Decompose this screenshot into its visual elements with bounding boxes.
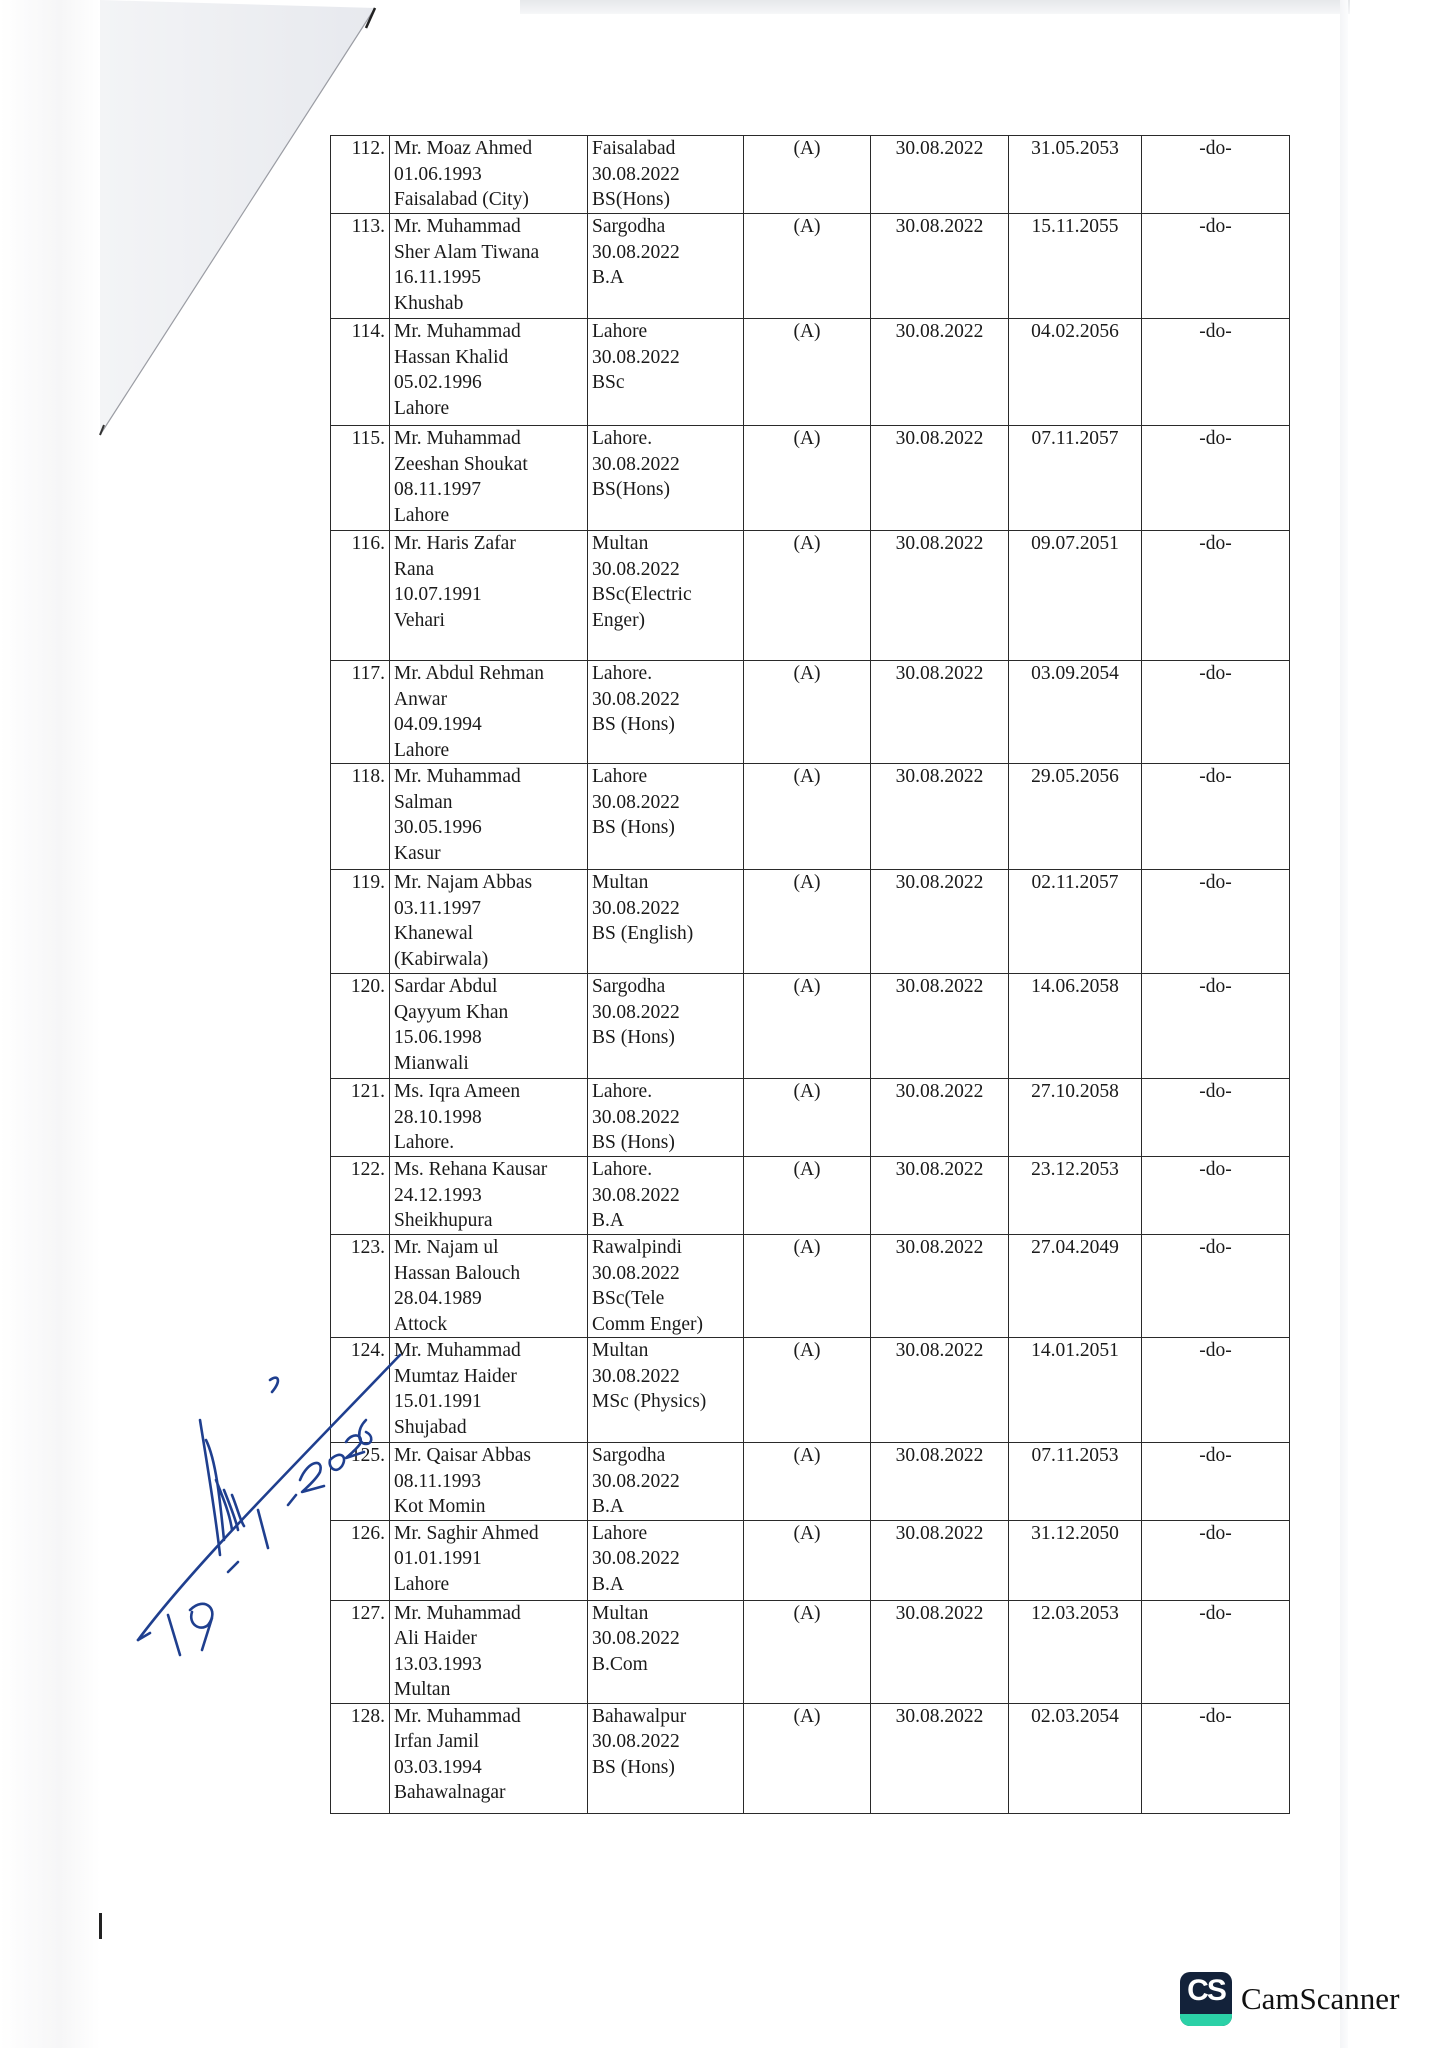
camscanner-watermark: CS CamScanner: [1180, 1972, 1399, 2026]
posting-line: 30.08.2022: [592, 1105, 739, 1131]
posting-line: 30.08.2022: [592, 1729, 739, 1755]
joining-date-cell: 30.08.2022: [871, 870, 1009, 974]
posting-line: 30.08.2022: [592, 240, 739, 266]
posting-qualification-cell: Multan30.08.2022MSc (Physics): [588, 1338, 744, 1443]
posting-qualification-cell: Multan30.08.2022BSc(ElectricEnger): [588, 531, 744, 661]
category-cell: (A): [744, 661, 871, 764]
remarks-cell: -do-: [1142, 214, 1290, 319]
posting-line: 30.08.2022: [592, 1626, 739, 1652]
remarks-cell: -do-: [1142, 661, 1290, 764]
posting-line: BS (Hons): [592, 1755, 739, 1781]
posting-line: Sargodha: [592, 974, 739, 1000]
retirement-date-cell: 29.05.2056: [1009, 764, 1142, 870]
posting-line: 30.08.2022: [592, 790, 739, 816]
name-line: Kasur: [394, 841, 583, 867]
category-cell: (A): [744, 531, 871, 661]
camscanner-label: CamScanner: [1241, 1981, 1399, 2017]
joining-date-cell: 30.08.2022: [871, 319, 1009, 426]
table-row: 118. Mr. MuhammadSalman30.05.1996Kasur L…: [331, 764, 1290, 870]
retirement-date-cell: 27.10.2058: [1009, 1079, 1142, 1157]
name-line: 30.05.1996: [394, 815, 583, 841]
posting-qualification-cell: Multan30.08.2022B.Com: [588, 1600, 744, 1703]
remarks-cell: -do-: [1142, 1703, 1290, 1813]
remarks-cell: -do-: [1142, 974, 1290, 1079]
posting-qualification-cell: Lahore30.08.2022B.A: [588, 1520, 744, 1600]
posting-qualification-cell: Rawalpindi30.08.2022BSc(TeleComm Enger): [588, 1235, 744, 1338]
posting-line: 30.08.2022: [592, 1000, 739, 1026]
posting-line: BS (Hons): [592, 712, 739, 738]
joining-date-cell: 30.08.2022: [871, 1703, 1009, 1813]
posting-line: Multan: [592, 870, 739, 896]
remarks-cell: -do-: [1142, 426, 1290, 531]
posting-line: 30.08.2022: [592, 687, 739, 713]
posting-line: Lahore.: [592, 426, 739, 452]
posting-qualification-cell: Lahore.30.08.2022BS(Hons): [588, 426, 744, 531]
remarks-cell: -do-: [1142, 1600, 1290, 1703]
posting-line: Lahore: [592, 1521, 739, 1547]
name-dob-domicile-cell: Mr. Najam Abbas03.11.1997Khanewal(Kabirw…: [390, 870, 588, 974]
name-line: Salman: [394, 790, 583, 816]
posting-line: Enger): [592, 608, 739, 634]
remarks-cell: -do-: [1142, 764, 1290, 870]
category-cell: (A): [744, 1157, 871, 1235]
category-cell: (A): [744, 1703, 871, 1813]
posting-line: BS (Hons): [592, 815, 739, 841]
posting-qualification-cell: Multan30.08.2022BS (English): [588, 870, 744, 974]
name-line: 01.06.1993: [394, 162, 583, 188]
remarks-cell: -do-: [1142, 1157, 1290, 1235]
name-line: Mr. Najam ul: [394, 1235, 583, 1261]
posting-line: 30.08.2022: [592, 557, 739, 583]
name-line: Mr. Abdul Rehman: [394, 661, 583, 687]
name-line: Mr. Muhammad: [394, 764, 583, 790]
retirement-date-cell: 02.11.2057: [1009, 870, 1142, 974]
retirement-date-cell: 31.05.2053: [1009, 136, 1142, 214]
joining-date-cell: 30.08.2022: [871, 531, 1009, 661]
category-cell: (A): [744, 319, 871, 426]
category-cell: (A): [744, 1600, 871, 1703]
posting-line: Lahore: [592, 319, 739, 345]
remarks-cell: -do-: [1142, 531, 1290, 661]
name-line: Mr. Muhammad: [394, 214, 583, 240]
posting-line: 30.08.2022: [592, 345, 739, 371]
serial-number: 119.: [331, 870, 390, 974]
table-row: 116. Mr. Haris ZafarRana10.07.1991Vehari…: [331, 531, 1290, 661]
name-dob-domicile-cell: Sardar AbdulQayyum Khan15.06.1998Mianwal…: [390, 974, 588, 1079]
table-row: 120. Sardar AbdulQayyum Khan15.06.1998Mi…: [331, 974, 1290, 1079]
category-cell: (A): [744, 426, 871, 531]
name-line: Mr. Muhammad: [394, 319, 583, 345]
name-line: Ms. Iqra Ameen: [394, 1079, 583, 1105]
posting-line: Multan: [592, 1338, 739, 1364]
name-line: Lahore: [394, 738, 583, 764]
name-line: 05.02.1996: [394, 370, 583, 396]
posting-line: 30.08.2022: [592, 1469, 739, 1495]
joining-date-cell: 30.08.2022: [871, 1157, 1009, 1235]
joining-date-cell: 30.08.2022: [871, 426, 1009, 531]
retirement-date-cell: 12.03.2053: [1009, 1600, 1142, 1703]
serial-number: 112.: [331, 136, 390, 214]
posting-qualification-cell: Lahore.30.08.2022BS (Hons): [588, 1079, 744, 1157]
name-line: Mr. Muhammad: [394, 426, 583, 452]
name-dob-domicile-cell: Mr. Moaz Ahmed01.06.1993Faisalabad (City…: [390, 136, 588, 214]
name-dob-domicile-cell: Ms. Iqra Ameen28.10.1998Lahore.: [390, 1079, 588, 1157]
name-line: 28.10.1998: [394, 1105, 583, 1131]
name-line: Mr. Moaz Ahmed: [394, 136, 583, 162]
posting-line: 30.08.2022: [592, 452, 739, 478]
posting-line: 30.08.2022: [592, 162, 739, 188]
posting-line: BSc(Tele: [592, 1286, 739, 1312]
table-row: 126. Mr. Saghir Ahmed01.01.1991Lahore La…: [331, 1520, 1290, 1600]
posting-line: 30.08.2022: [592, 1183, 739, 1209]
name-line: Lahore: [394, 396, 583, 422]
posting-line: Lahore: [592, 764, 739, 790]
posting-line: 30.08.2022: [592, 1261, 739, 1287]
table-row: 113. Mr. MuhammadSher Alam Tiwana16.11.1…: [331, 214, 1290, 319]
category-cell: (A): [744, 214, 871, 319]
posting-line: B.A: [592, 1208, 739, 1234]
name-line: 10.07.1991: [394, 582, 583, 608]
name-dob-domicile-cell: Mr. Haris ZafarRana10.07.1991Vehari: [390, 531, 588, 661]
table-row: 112. Mr. Moaz Ahmed01.06.1993Faisalabad …: [331, 136, 1290, 214]
retirement-date-cell: 09.07.2051: [1009, 531, 1142, 661]
name-line: 28.04.1989: [394, 1286, 583, 1312]
posting-qualification-cell: Bahawalpur30.08.2022BS (Hons): [588, 1703, 744, 1813]
joining-date-cell: 30.08.2022: [871, 1338, 1009, 1443]
scan-artifact-mark: [99, 1913, 102, 1939]
serial-number: 113.: [331, 214, 390, 319]
posting-line: BS (Hons): [592, 1130, 739, 1156]
serial-number: 122.: [331, 1157, 390, 1235]
posting-line: B.Com: [592, 1652, 739, 1678]
table-row: 114. Mr. MuhammadHassan Khalid05.02.1996…: [331, 319, 1290, 426]
name-line: 16.11.1995: [394, 265, 583, 291]
category-cell: (A): [744, 870, 871, 974]
serial-number: 123.: [331, 1235, 390, 1338]
name-line: Qayyum Khan: [394, 1000, 583, 1026]
name-line: 03.03.1994: [394, 1755, 583, 1781]
remarks-cell: -do-: [1142, 319, 1290, 426]
name-line: Khanewal: [394, 921, 583, 947]
serial-number: 117.: [331, 661, 390, 764]
appointment-register-table: 112. Mr. Moaz Ahmed01.06.1993Faisalabad …: [330, 135, 1290, 1814]
name-dob-domicile-cell: Mr. MuhammadSalman30.05.1996Kasur: [390, 764, 588, 870]
camscanner-logo-icon: CS: [1180, 1972, 1232, 2026]
posting-line: BSc: [592, 370, 739, 396]
joining-date-cell: 30.08.2022: [871, 1520, 1009, 1600]
name-dob-domicile-cell: Mr. MuhammadHassan Khalid05.02.1996Lahor…: [390, 319, 588, 426]
name-dob-domicile-cell: Mr. Abdul RehmanAnwar04.09.1994Lahore: [390, 661, 588, 764]
name-line: Faisalabad (City): [394, 187, 583, 213]
category-cell: (A): [744, 1338, 871, 1443]
joining-date-cell: 30.08.2022: [871, 136, 1009, 214]
posting-line: BS(Hons): [592, 477, 739, 503]
remarks-cell: -do-: [1142, 136, 1290, 214]
serial-number: 120.: [331, 974, 390, 1079]
category-cell: (A): [744, 974, 871, 1079]
name-line: Hassan Balouch: [394, 1261, 583, 1287]
category-cell: (A): [744, 764, 871, 870]
name-line: 03.11.1997: [394, 896, 583, 922]
category-cell: (A): [744, 136, 871, 214]
posting-line: 30.08.2022: [592, 1364, 739, 1390]
table-row: 125. Mr. Qaisar Abbas08.11.1993Kot Momin…: [331, 1443, 1290, 1521]
posting-line: Multan: [592, 531, 739, 557]
name-line: 24.12.1993: [394, 1183, 583, 1209]
name-line: Rana: [394, 557, 583, 583]
name-dob-domicile-cell: Mr. MuhammadZeeshan Shoukat08.11.1997Lah…: [390, 426, 588, 531]
posting-line: 30.08.2022: [592, 896, 739, 922]
retirement-date-cell: 02.03.2054: [1009, 1703, 1142, 1813]
posting-line: Faisalabad: [592, 136, 739, 162]
scan-edge-top: [520, 0, 1350, 14]
posting-line: B.A: [592, 1494, 739, 1520]
joining-date-cell: 30.08.2022: [871, 764, 1009, 870]
name-line: Khushab: [394, 291, 583, 317]
name-line: Mianwali: [394, 1051, 583, 1077]
posting-qualification-cell: Lahore30.08.2022BSc: [588, 319, 744, 426]
retirement-date-cell: 27.04.2049: [1009, 1235, 1142, 1338]
remarks-cell: -do-: [1142, 1338, 1290, 1443]
posting-line: Sargodha: [592, 214, 739, 240]
joining-date-cell: 30.08.2022: [871, 1079, 1009, 1157]
name-line: Mr. Najam Abbas: [394, 870, 583, 896]
posting-line: Sargodha: [592, 1443, 739, 1469]
posting-line: Multan: [592, 1601, 739, 1627]
retirement-date-cell: 23.12.2053: [1009, 1157, 1142, 1235]
posting-line: Rawalpindi: [592, 1235, 739, 1261]
posting-qualification-cell: Lahore30.08.2022BS (Hons): [588, 764, 744, 870]
name-dob-domicile-cell: Ms. Rehana Kausar24.12.1993Sheikhupura: [390, 1157, 588, 1235]
retirement-date-cell: 04.02.2056: [1009, 319, 1142, 426]
category-cell: (A): [744, 1443, 871, 1521]
retirement-date-cell: 07.11.2057: [1009, 426, 1142, 531]
joining-date-cell: 30.08.2022: [871, 1235, 1009, 1338]
retirement-date-cell: 14.01.2051: [1009, 1338, 1142, 1443]
table-row: 123. Mr. Najam ulHassan Balouch28.04.198…: [331, 1235, 1290, 1338]
posting-line: Lahore.: [592, 1079, 739, 1105]
name-line: Ms. Rehana Kausar: [394, 1157, 583, 1183]
scan-edge-right: [1340, 0, 1348, 2048]
serial-number: 114.: [331, 319, 390, 426]
name-line: Lahore: [394, 503, 583, 529]
remarks-cell: -do-: [1142, 1235, 1290, 1338]
table-row: 117. Mr. Abdul RehmanAnwar04.09.1994Laho…: [331, 661, 1290, 764]
category-cell: (A): [744, 1079, 871, 1157]
name-line: Attock: [394, 1312, 583, 1338]
retirement-date-cell: 15.11.2055: [1009, 214, 1142, 319]
serial-number: 115.: [331, 426, 390, 531]
table-row: 122. Ms. Rehana Kausar24.12.1993Sheikhup…: [331, 1157, 1290, 1235]
name-line: (Kabirwala): [394, 947, 583, 973]
name-line: Anwar: [394, 687, 583, 713]
posting-line: 30.08.2022: [592, 1546, 739, 1572]
posting-line: BSc(Electric: [592, 582, 739, 608]
table-row: 127. Mr. MuhammadAli Haider13.03.1993Mul…: [331, 1600, 1290, 1703]
table-row: 128. Mr. MuhammadIrfan Jamil03.03.1994Ba…: [331, 1703, 1290, 1813]
posting-qualification-cell: Sargodha30.08.2022BS (Hons): [588, 974, 744, 1079]
name-line: Irfan Jamil: [394, 1729, 583, 1755]
name-line: Bahawalnagar: [394, 1780, 583, 1806]
serial-number: 121.: [331, 1079, 390, 1157]
table-row: 121. Ms. Iqra Ameen28.10.1998Lahore. Lah…: [331, 1079, 1290, 1157]
joining-date-cell: 30.08.2022: [871, 1443, 1009, 1521]
table-row: 115. Mr. MuhammadZeeshan Shoukat08.11.19…: [331, 426, 1290, 531]
name-dob-domicile-cell: Mr. MuhammadSher Alam Tiwana16.11.1995Kh…: [390, 214, 588, 319]
remarks-cell: -do-: [1142, 1520, 1290, 1600]
posting-line: BS (English): [592, 921, 739, 947]
posting-qualification-cell: Faisalabad30.08.2022BS(Hons): [588, 136, 744, 214]
name-line: 15.06.1998: [394, 1025, 583, 1051]
joining-date-cell: 30.08.2022: [871, 974, 1009, 1079]
serial-number: 116.: [331, 531, 390, 661]
name-line: Hassan Khalid: [394, 345, 583, 371]
name-line: 08.11.1997: [394, 477, 583, 503]
name-line: Lahore.: [394, 1130, 583, 1156]
category-cell: (A): [744, 1235, 871, 1338]
retirement-date-cell: 14.06.2058: [1009, 974, 1142, 1079]
joining-date-cell: 30.08.2022: [871, 1600, 1009, 1703]
retirement-date-cell: 07.11.2053: [1009, 1443, 1142, 1521]
serial-number: 118.: [331, 764, 390, 870]
posting-line: BS (Hons): [592, 1025, 739, 1051]
posting-line: Lahore.: [592, 661, 739, 687]
table-row: 124. Mr. MuhammadMumtaz Haider15.01.1991…: [331, 1338, 1290, 1443]
posting-qualification-cell: Sargodha30.08.2022B.A: [588, 214, 744, 319]
posting-line: BS(Hons): [592, 187, 739, 213]
retirement-date-cell: 03.09.2054: [1009, 661, 1142, 764]
name-line: 04.09.1994: [394, 712, 583, 738]
table-row: 119. Mr. Najam Abbas03.11.1997Khanewal(K…: [331, 870, 1290, 974]
category-cell: (A): [744, 1520, 871, 1600]
remarks-cell: -do-: [1142, 1443, 1290, 1521]
name-line: Zeeshan Shoukat: [394, 452, 583, 478]
remarks-cell: -do-: [1142, 870, 1290, 974]
posting-line: Comm Enger): [592, 1312, 739, 1338]
posting-qualification-cell: Lahore.30.08.2022B.A: [588, 1157, 744, 1235]
posting-line: B.A: [592, 1572, 739, 1598]
posting-qualification-cell: Lahore.30.08.2022BS (Hons): [588, 661, 744, 764]
posting-line: B.A: [592, 265, 739, 291]
posting-qualification-cell: Sargodha30.08.2022B.A: [588, 1443, 744, 1521]
joining-date-cell: 30.08.2022: [871, 661, 1009, 764]
joining-date-cell: 30.08.2022: [871, 214, 1009, 319]
remarks-cell: -do-: [1142, 1079, 1290, 1157]
name-line: Sardar Abdul: [394, 974, 583, 1000]
posting-line: Lahore.: [592, 1157, 739, 1183]
name-line: Vehari: [394, 608, 583, 634]
name-line: Mr. Haris Zafar: [394, 531, 583, 557]
name-line: Sheikhupura: [394, 1208, 583, 1234]
name-line: Sher Alam Tiwana: [394, 240, 583, 266]
retirement-date-cell: 31.12.2050: [1009, 1520, 1142, 1600]
handwritten-signature-date: [120, 1340, 450, 1720]
name-dob-domicile-cell: Mr. Najam ulHassan Balouch28.04.1989Atto…: [390, 1235, 588, 1338]
posting-line: MSc (Physics): [592, 1389, 739, 1415]
posting-line: Bahawalpur: [592, 1704, 739, 1730]
